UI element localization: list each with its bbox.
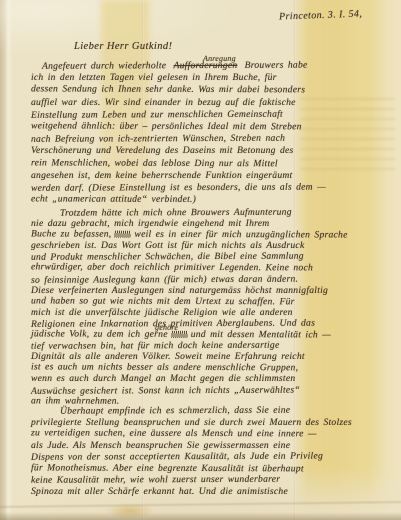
letter-line: und haben so gut wie nichts mit dem Urte… [31,295,391,307]
line-text: Angefeuert durch wiederholte [42,60,166,72]
letter-line: Dispens von der sonst acceptierten Kausa… [31,450,391,463]
letter-line: dessen Sendung ich Ihnen sehr danke. Was… [31,84,391,97]
letter-line: nie dazu gebracht, mich irgendwie eingeh… [31,218,391,229]
letter-line: so feinsinnige Auslegung kann (für mich)… [31,273,391,286]
line-text: Brouwers habe [245,60,308,71]
inserted-word: Anregung [203,53,236,65]
letter-line: Diese verfeinerten Auslegungen sind natu… [31,285,391,296]
paragraph-2: Trotzdem hätte ich mich ohne Brouwers Au… [31,207,391,407]
letter-line: als Jude. Als Mensch beanspruchen Sie ge… [31,440,391,452]
line-text: Buche zu befassen, [31,229,111,240]
letter-line: Angefeuert durch wiederholte Aufforderun… [31,59,391,73]
letter-line: Auswüchse gesichert ist. Sonst kann ich … [31,384,391,397]
crossed-out-word [114,231,131,238]
paragraph-3: Überhaupt empfinde ich es schmerzlich, d… [31,405,391,497]
letter-line: Spinoza mit aller Schärfe erkannt hat. U… [31,486,391,498]
letter-line: Verschönerung und Veredelung des Daseins… [31,145,391,157]
paragraph-1: Angefeuert durch wiederholte Aufforderun… [31,60,391,206]
letter-line: nach Befreiung von ich-zentrierten Wünsc… [31,132,391,146]
letter-line: Überhaupt empfinde ich es schmerzlich, d… [31,404,391,417]
salutation: Lieber Herr Gutkind! [74,41,172,52]
bottom-edge-shadow [0,512,401,520]
letter-line: ich in den letzten Tagen viel gelesen in… [31,72,391,84]
letter-line: privilegierte Stellung beanspruchen und … [31,417,391,429]
line-text: weil es in einer für mich unzugänglichen… [134,229,347,241]
letter-line: auffiel war dies. Wir sind einander in b… [31,97,391,109]
letter-line: echt „unamerican attitude“ verbindet.) [31,193,391,206]
letter-line: keine Kausalität mehr, wie wohl zuerst u… [31,473,391,486]
letter-line: ehrwürdiger, aber doch reichlich primiti… [31,262,391,274]
letter-line: rein Menschlichen, wobei das leblose Din… [31,157,391,170]
letter-line: Trotzdem hätte ich mich ohne Brouwers Au… [31,206,391,219]
letter-line: angesehen ist, dem keine beherrschende F… [31,170,391,182]
letter-line: zu verteidigen suchen, eine äussere als … [31,427,391,440]
letter-line: ist es auch um nichts besser als andere … [31,362,391,374]
letter-line: wenn es auch durch Mangel an Macht gegen… [31,373,391,384]
line-text: jüdische Volk, zu dem ich gerne [31,328,168,339]
letter-page-scan: Princeton. 3. I. 54, Lieber Herr Gutkind… [0,0,401,520]
letter-line: mich ist die unverfälschte jüdische Reli… [31,307,391,318]
inserted-word: gehöre [155,322,178,333]
